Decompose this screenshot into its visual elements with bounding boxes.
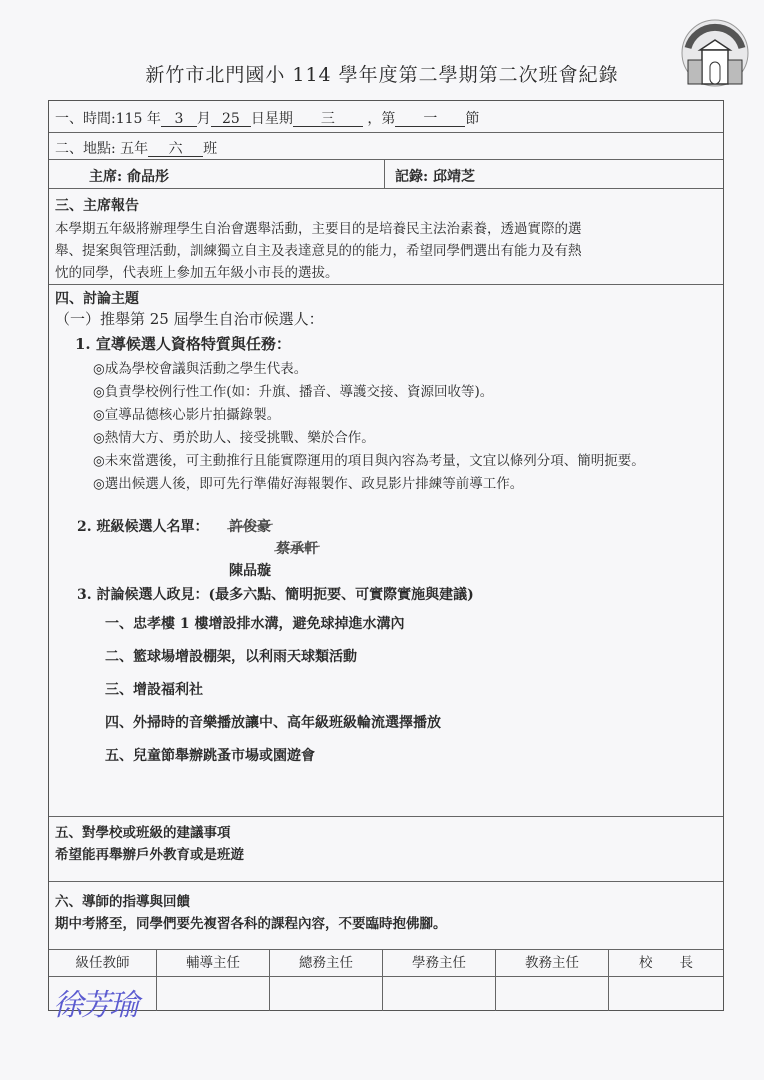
period-value: 一	[395, 112, 465, 127]
class-number: 六	[148, 142, 203, 157]
period-label: ，第	[367, 111, 395, 127]
section-heading: 三、主席報告	[55, 195, 139, 215]
recorder-name: 邱靖芝	[433, 169, 475, 185]
weekday-label: 日星期	[251, 111, 293, 127]
feedback-content: 期中考將至，同學們要先複習各科的課程內容，不要臨時抱佛腳。	[55, 912, 447, 932]
section-heading: 四、討論主題	[55, 288, 139, 308]
signature-col-principal: 校 長	[609, 950, 723, 1011]
signature-table: 級任教師 徐芳瑜 輔導主任 總務主任 學務主任 教務主任 校 長	[49, 949, 723, 1011]
month-value: 3	[161, 112, 197, 127]
bullet-item: ◎成為學校會議與活動之學生代表。	[93, 357, 307, 377]
item-2-label: 2. 班級候選人名單：	[77, 516, 209, 536]
weekday-value: 三	[293, 112, 363, 127]
teacher-feedback-section: 六、導師的指導與回饋 期中考將至，同學們要先複習各科的課程內容，不要臨時抱佛腳。	[49, 882, 723, 949]
year-unit: 年	[147, 111, 161, 127]
day-value: 25	[211, 112, 251, 127]
policy-point: 三、增設福利社	[105, 679, 203, 699]
column-label: 教務主任	[496, 950, 608, 976]
page-title: 新竹市北門國小 114 學年度第二學期第二次班會紀錄	[0, 60, 764, 87]
place-row: 二、地點: 五年六班	[49, 133, 723, 160]
handwritten-signature: 徐芳瑜	[53, 980, 137, 1024]
section-heading: 五、對學校或班級的建議事項	[55, 821, 231, 841]
place-label: 二、地點: 五年	[55, 141, 148, 157]
time-label: 一、時間:	[55, 111, 116, 127]
bullet-item: ◎熱情大方、勇於助人、接受挑戰、樂於合作。	[93, 426, 375, 446]
month-unit: 月	[197, 111, 211, 127]
column-label: 級任教師	[49, 950, 156, 976]
period-unit: 節	[465, 111, 479, 127]
candidate-struck: 蔡承軒	[276, 538, 318, 558]
item-3-label: 3. 討論候選人政見：(最多六點、簡明扼要、可實際實施與建議)	[77, 584, 474, 604]
policy-point: 五、兒童節舉辦跳蚤市場或園遊會	[105, 745, 315, 765]
policy-point: 二、籃球場增設棚架，以利雨天球類活動	[105, 646, 357, 666]
bullet-item: ◎未來當選後，可主動推行且能實際運用的項目與內容為考量，文宜以條列分項、簡明扼要…	[93, 449, 645, 469]
column-label: 輔導主任	[157, 950, 269, 976]
candidate-struck: 許俊豪	[229, 516, 271, 536]
column-label: 校 長	[609, 950, 723, 976]
policy-point: 四、外掃時的音樂播放讓中、高年級班級輪流選擇播放	[105, 712, 441, 732]
column-label: 學務主任	[383, 950, 495, 976]
column-label: 總務主任	[270, 950, 382, 976]
chair-label: 主席:	[89, 169, 122, 185]
signature-col-homeroom: 級任教師 徐芳瑜	[49, 950, 157, 1011]
recorder-label: 記錄:	[395, 169, 428, 185]
year-value: 115	[116, 111, 143, 127]
report-line: 舉、提案與管理活動，訓練獨立自主及表達意見的的能力，希望同學們選出有能力及有熱	[55, 239, 582, 259]
discussion-section: 四、討論主題 （一）推舉第 25 屆學生自治市候選人： 1. 宣導候選人資格特質…	[49, 285, 723, 817]
sub-heading: （一）推舉第 25 屆學生自治市候選人：	[55, 308, 324, 329]
chair-report-section: 三、主席報告 本學期五年級將辦理學生自治會選舉活動，主要目的是培養民主法治素養，…	[49, 189, 723, 285]
candidate-name: 陳品璇	[229, 560, 271, 580]
signature-col-academic-affairs: 教務主任	[496, 950, 609, 1011]
section-heading: 六、導師的指導與回饋	[55, 890, 190, 910]
report-line: 忱的同學，代表班上參加五年級小市長的選拔。	[55, 261, 339, 281]
class-unit: 班	[203, 141, 217, 157]
suggestions-section: 五、對學校或班級的建議事項 希望能再舉辦戶外教育或是班遊	[49, 817, 723, 882]
column-divider	[384, 160, 385, 188]
school-logo-icon	[680, 18, 750, 88]
signature-col-counseling: 輔導主任	[157, 950, 270, 1011]
bullet-item: ◎宣導品德核心影片拍攝錄製。	[93, 403, 280, 423]
bullet-item: ◎選出候選人後，即可先行準備好海報製作、政見影片排練等前導工作。	[93, 472, 523, 492]
meeting-record-form: 一、時間:115 年3月25日星期三 ，第一節 二、地點: 五年六班 主席: 俞…	[48, 100, 724, 1011]
suggestion-content: 希望能再舉辦戶外教育或是班遊	[55, 843, 244, 863]
signature-col-general-affairs: 總務主任	[270, 950, 383, 1011]
report-line: 本學期五年級將辦理學生自治會選舉活動，主要目的是培養民主法治素養，透過實際的選	[55, 217, 582, 237]
bullet-item: ◎負責學校例行性工作(如：升旗、播音、導護交接、資源回收等)。	[93, 380, 493, 400]
item-1-label: 1. 宣導候選人資格特質與任務：	[75, 333, 291, 354]
chair-name: 俞品彤	[127, 169, 169, 185]
roles-row: 主席: 俞品彤 記錄: 邱靖芝	[49, 160, 723, 189]
time-row: 一、時間:115 年3月25日星期三 ，第一節	[49, 101, 723, 133]
policy-point: 一、忠孝樓 1 樓增設排水溝，避免球掉進水溝內	[105, 613, 405, 633]
signature-col-student-affairs: 學務主任	[383, 950, 496, 1011]
